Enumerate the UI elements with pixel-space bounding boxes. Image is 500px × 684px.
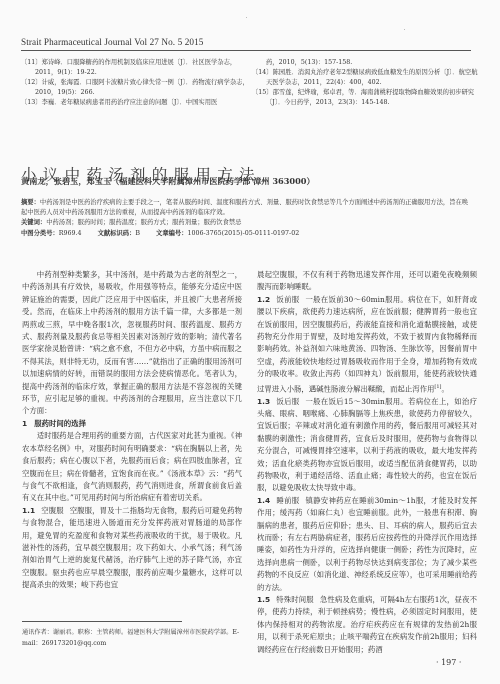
subsection-title: 饭后服 [276, 397, 299, 406]
reference-item: 〔15〕邵雪莲，纪烨瑜，郑卓君，等．海南蒲桃籽提取物降血糖效果的初步研究〔J〕．… [252, 88, 480, 108]
reference-item: 〔14〕陈园胜．消渴丸治疗老年2型糖尿病致低血糖发生的原因分析〔J〕．航空航天医… [252, 68, 480, 88]
doc-code-value: B [135, 230, 140, 237]
subsection-number: 1.4 [257, 496, 270, 505]
subsection-text: 一般在饭后15～30min服用。若病位在上，如治疗头痛、眼病、咽喉痛、心肺胸膈等… [257, 397, 477, 493]
references-right-column: 药，2010，5(13)：157-158. 〔14〕陈园胜．消渴丸治疗老年2型糖… [252, 58, 480, 108]
subsection-text: 镇静安神药应在睡前30min～1h服，才能及时发挥作用；缓泻药（如麻仁丸）也宜睡… [257, 496, 477, 592]
section-title: 服药时间的选择 [34, 419, 86, 428]
scan-speck [404, 29, 405, 30]
subsection-text: 一般在饭前30～60min服用。病位在下，如肝肾或腰以下疾病，欲使药力速达病所，… [257, 295, 477, 393]
reference-item: 〔12〕计威，张海霞．口服阿卡波糖片致心律失常一例〔J〕．药物流行病学杂志，20… [21, 78, 249, 98]
subsection-text-end: 。 [441, 384, 448, 393]
subsection-paragraph: 1.2饭前服一般在饭前30～60min服用。病位在下，如肝肾或腰以下疾病，欲使药… [257, 294, 477, 396]
footnote-rule [22, 621, 182, 622]
subsection-text: 空腹服，胃及十二指肠均无食物，服药后可避免药物与食物混合，能迅速进入肠道而充分发… [22, 506, 242, 589]
subsection-number: 1.1 [22, 506, 35, 515]
corresponding-author-footnote: 通讯作者：谢丽君。职称：主管药师。福建医科大学附属漳州市医院药学部。E-mail… [22, 628, 247, 649]
subsection-number: 1.3 [257, 397, 270, 406]
header-rule [21, 50, 471, 51]
continued-paragraph: 晨起空腹服，不仅有利于药物迅速发挥作用，还可以避免夜晚频频腹泻而影响睡眠。 [257, 269, 477, 294]
subsection-paragraph: 1.4睡前服镇静安神药应在睡前30min～1h服，才能及时发挥作用；缓泻药（如麻… [257, 495, 477, 594]
subsection-paragraph: 1.3饭后服一般在饭后15～30min服用。若病位在上，如治疗头痛、眼病、咽喉痛… [257, 396, 477, 495]
reference-item: 〔11〕郑诗峰．口服降糖药的作用机制及临床应用进展〔J〕．社区医学杂志，2011… [21, 58, 249, 78]
subsection-paragraph: 1.5特殊时间服急性病及危重病，可隔4h左右服药1次，昼夜不停，使药力持续，利于… [257, 594, 477, 656]
references-left-column: 〔11〕郑诗峰．口服降糖药的作用机制及临床应用进展〔J〕．社区医学杂志，2011… [21, 58, 249, 108]
classification-label: 中图分类号： [21, 230, 59, 237]
subsection-number: 1.5 [257, 595, 270, 604]
subsection-paragraph: 1.1空腹服空腹服，胃及十二指肠均无食物，服药后可避免药物与食物混合，能迅速进入… [22, 505, 242, 592]
classification-line: 中图分类号：R969.4 文献标识码：B 文章编号：1006-3765(2015… [21, 229, 471, 239]
body-right-column: 晨起空腹服，不仅有利于药物迅速发挥作用，还可以避免夜晚频频腹泻而影响睡眠。 1.… [257, 269, 477, 656]
reference-item: 〔13〕李巍．老年糖尿病患者用药治疗应注意的问题〔J〕．中国实用医 [21, 98, 249, 108]
subsection-title: 饭前服 [276, 295, 299, 304]
abstract-label: 摘要： [21, 199, 40, 206]
classification-value: R969.4 [59, 230, 82, 237]
section-number: 1 [22, 419, 27, 428]
section-paragraph: 适时服药是合理用药的重要方面，古代医家对此甚为重视。《神农本草经名例》中，对服药… [22, 430, 242, 504]
subsection-number: 1.2 [257, 295, 270, 304]
intro-paragraph: 中药剂型种类繁多，其中汤剂，是中药最为古老的剂型之一，中药汤剂具有疗效快，易吸收… [22, 269, 242, 418]
article-id-label: 文章编号： [156, 230, 187, 237]
body-left-column: 中药剂型种类繁多，其中汤剂，是中药最为古老的剂型之一，中药汤剂具有疗效快，易吸收… [22, 269, 242, 592]
journal-running-header: Strait Pharmaceutical Journal Vol 27 No.… [21, 37, 203, 47]
section-heading: 1 服药时间的选择 [22, 418, 242, 430]
subsection-title: 特殊时间服 [276, 595, 314, 604]
abstract: 摘要：中药汤剂是中医药治疗疾病的主要手段之一，笔者从服药时间、温度和服药方式、剂… [21, 198, 471, 218]
article-authors: 黄南龙，张碧玉，郑宝玉（福建医科大学附属漳州市医院药学部 漳州 363000） [21, 176, 315, 187]
keywords-label: 关键词： [21, 219, 46, 226]
doc-code-label: 文献标识码： [98, 230, 136, 237]
abstract-block: 摘要：中药汤剂是中医药治疗疾病的主要手段之一，笔者从服药时间、温度和服药方式、剂… [21, 198, 471, 239]
subsection-title: 睡前服 [276, 496, 299, 505]
reference-item-continued: 药，2010，5(13)：157-158. [252, 58, 480, 68]
keywords: 关键词：中药汤剂；服药时间；服药温度；服药方式；服药剂量；服药饮食禁忌 [21, 218, 471, 228]
abstract-text: 中药汤剂是中医药治疗疾病的主要手段之一，笔者从服药时间、温度和服药方式、剂量、服… [21, 199, 468, 216]
scan-speck [246, 17, 247, 18]
journal-page: Strait Pharmaceutical Journal Vol 27 No.… [0, 0, 500, 684]
page-number: · 197 · [436, 658, 461, 667]
article-id-value: 1006-3765(2015)-05-0111-0197-02 [188, 230, 300, 237]
keywords-text: 中药汤剂；服药时间；服药温度；服药方式；服药剂量；服药饮食禁忌 [46, 219, 241, 226]
subsection-title: 空腹服 [41, 506, 64, 515]
